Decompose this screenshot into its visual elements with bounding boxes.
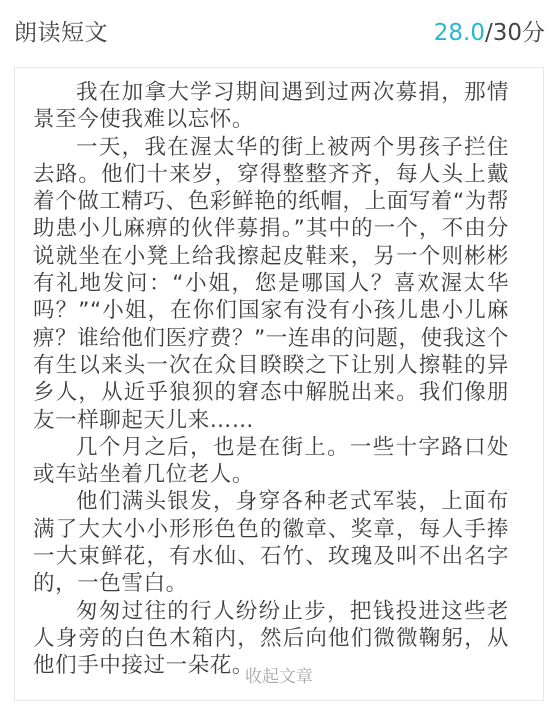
score-obtained: 28.0	[434, 20, 485, 46]
paragraph: 我在加拿大学习期间遇到过两次募捐，那情景至今使我难以忘怀。	[33, 79, 509, 134]
collapse-article-button[interactable]: 收起文章	[15, 662, 543, 687]
paragraph: 几个月之后，也是在街上。一些十字路口处或车站坐着几位老人。	[33, 434, 509, 489]
score: 28.0/30分	[434, 14, 545, 47]
score-total: /30分	[485, 20, 545, 46]
article-card: 我在加拿大学习期间遇到过两次募捐，那情景至今使我难以忘怀。 一天，我在渥太华的街…	[14, 67, 544, 701]
paragraph: 他们满头银发，身穿各种老式军装，上面布满了大大小小形形色色的徽章、奖章，每人手捧…	[33, 488, 509, 597]
article-text: 我在加拿大学习期间遇到过两次募捐，那情景至今使我难以忘怀。 一天，我在渥太华的街…	[33, 79, 509, 680]
paragraph: 一天，我在渥太华的街上被两个男孩子拦住去路。他们十来岁，穿得整整齐齐，每人头上戴…	[33, 134, 509, 434]
header: 朗读短文 28.0/30分	[0, 0, 559, 60]
page-title: 朗读短文	[14, 14, 108, 47]
